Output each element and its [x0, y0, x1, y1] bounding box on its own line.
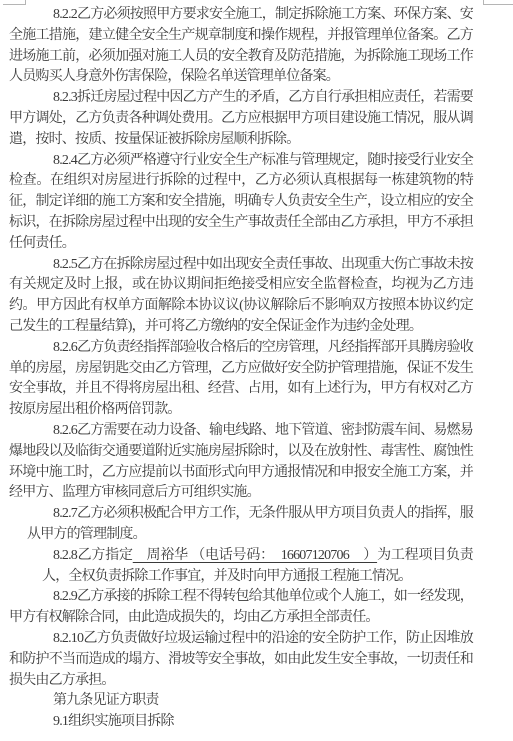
clause-8-2-6-first: 8.2.6乙方负责经指挥部验收合格后的空房管理，凡经指挥部开具腾房验收单的房屋，…: [9, 338, 473, 421]
clause-8-2-10-text-0: 8.2.10乙方负责做好垃圾运输过程中的沿途的安全防护工作，防止因堆放和防护不当…: [9, 631, 473, 688]
heading-article-9-text-0: 第九条见证方职责: [53, 693, 159, 708]
clause-8-2-3-text-0: 8.2.3拆迁房屋过程中因乙方产生的矛盾，乙方自行承担相应责任，若需要甲方调处，…: [9, 90, 473, 147]
clause-8-2-7-text-0: 8.2.7乙方必须积极配合甲方工作，无条件服从甲方项目负责人的指挥，服从甲方的管…: [27, 506, 473, 542]
clause-8-2-4-text-0: 8.2.4乙方必须严格遵守行业安全生产标准与管理规定，随时接受行业安全检查。在组…: [9, 153, 473, 251]
heading-article-9: 第九条见证方职责: [9, 691, 473, 712]
clause-8-2-3: 8.2.3拆迁房屋过程中因乙方产生的矛盾，乙方自行承担相应责任，若需要甲方调处，…: [9, 88, 473, 150]
clause-8-2-6-second-text-0: 8.2.6乙方需要在动力设备、输电线路、地下管道、密封防震车间、易燃易爆地段以及…: [9, 423, 473, 500]
clause-9-1: 9.1组织实施项目拆除: [9, 712, 473, 733]
clause-8-2-9-text-0: 8.2.9乙方承接的拆除工程不得转包给其他单位或个人施工，如一经发现，甲方有权解…: [9, 589, 473, 625]
clause-8-2-8-underlined-value: 周裕华 （电话号码： 16607120706 ）: [133, 548, 377, 563]
clause-8-2-6-second: 8.2.6乙方需要在动力设备、输电线路、地下管道、密封防震车间、易燃易爆地段以及…: [9, 421, 473, 504]
clause-8-2-7: 8.2.7乙方必须积极配合甲方工作，无条件服从甲方项目负责人的指挥，服从甲方的管…: [27, 504, 473, 546]
clause-8-2-8-text-0: 8.2.8乙方指定: [53, 548, 133, 563]
clause-8-2-9: 8.2.9乙方承接的拆除工程不得转包给其他单位或个人施工，如一经发现，甲方有权解…: [9, 587, 473, 629]
clause-8-2-10: 8.2.10乙方负责做好垃圾运输过程中的沿途的安全防护工作，防止因堆放和防护不当…: [9, 629, 473, 691]
clause-8-2-6-first-text-0: 8.2.6乙方负责经指挥部验收合格后的空房管理，凡经指挥部开具腾房验收单的房屋，…: [9, 340, 473, 417]
clause-8-2-2: 8.2.2乙方必须按照甲方要求安全施工，制定拆除施工方案、环保方案、安全施工措施…: [9, 5, 473, 88]
clause-9-1-text-0: 9.1组织实施项目拆除: [53, 714, 174, 729]
clause-8-2-8: 8.2.8乙方指定 周裕华 （电话号码： 16607120706 ）为工程项目负…: [42, 546, 473, 588]
clause-8-2-5-text-0: 8.2.5乙方在拆除房屋过程中如出现安全责任事故、出现重大伤亡事故未按有关规定及…: [9, 257, 473, 334]
clause-8-2-4: 8.2.4乙方必须严格遵守行业安全生产标准与管理规定，随时接受行业安全检查。在组…: [9, 151, 473, 255]
document-body: 8.2.2乙方必须按照甲方要求安全施工，制定拆除施工方案、环保方案、安全施工措施…: [9, 5, 473, 733]
text-boundary-mark-top-right: [483, 0, 513, 5]
clause-8-2-5: 8.2.5乙方在拆除房屋过程中如出现安全责任事故、出现重大伤亡事故未按有关规定及…: [9, 255, 473, 338]
clause-8-2-2-text-0: 8.2.2乙方必须按照甲方要求安全施工，制定拆除施工方案、环保方案、安全施工措施…: [9, 7, 473, 84]
